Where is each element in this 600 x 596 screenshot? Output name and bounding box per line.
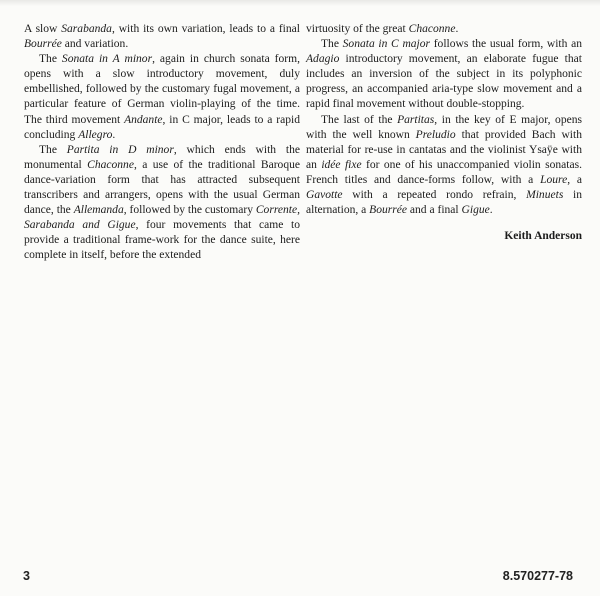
italic-term: Partitas [397,114,434,126]
italic-term: Bourrée [24,38,62,50]
italic-term: Bourrée [369,204,407,216]
italic-term: Andante [124,114,162,126]
italic-term: Sonata in A minor [62,53,152,65]
italic-term: Preludio [416,129,456,141]
italic-term: Allegro [78,129,112,141]
italic-term: Gigue [462,204,490,216]
italic-term: Partita in D minor [67,144,174,156]
italic-term: Allemanda [74,204,124,216]
page-number: 3 [23,569,30,583]
left-column: A slow Sarabanda, with its own variation… [24,22,300,264]
body-paragraph: The last of the Partitas, in the key of … [306,113,582,219]
body-paragraph: The Sonata in C major follows the usual … [306,37,582,112]
italic-term: Chaconne [87,159,134,171]
page-edge [0,0,600,6]
italic-term: Minuets [526,189,563,201]
author-signature: Keith Anderson [306,229,582,244]
body-paragraph: The Sonata in A minor, again in church s… [24,52,300,143]
catalogue-number: 8.570277-78 [503,569,573,583]
italic-term: Loure [540,174,567,186]
body-paragraph: A slow Sarabanda, with its own variation… [24,22,300,52]
italic-term: Chaconne [409,23,456,35]
italic-term: Sonata in C major [343,38,430,50]
italic-term: idée fixe [321,159,361,171]
italic-term: Gavotte [306,189,343,201]
italic-term: Adagio [306,53,339,65]
right-column: virtuosity of the great Chaconne.The Son… [306,22,582,244]
italic-term: Sarabanda [61,23,112,35]
body-paragraph: The Partita in D minor, which ends with … [24,143,300,264]
body-paragraph: virtuosity of the great Chaconne. [306,22,582,37]
